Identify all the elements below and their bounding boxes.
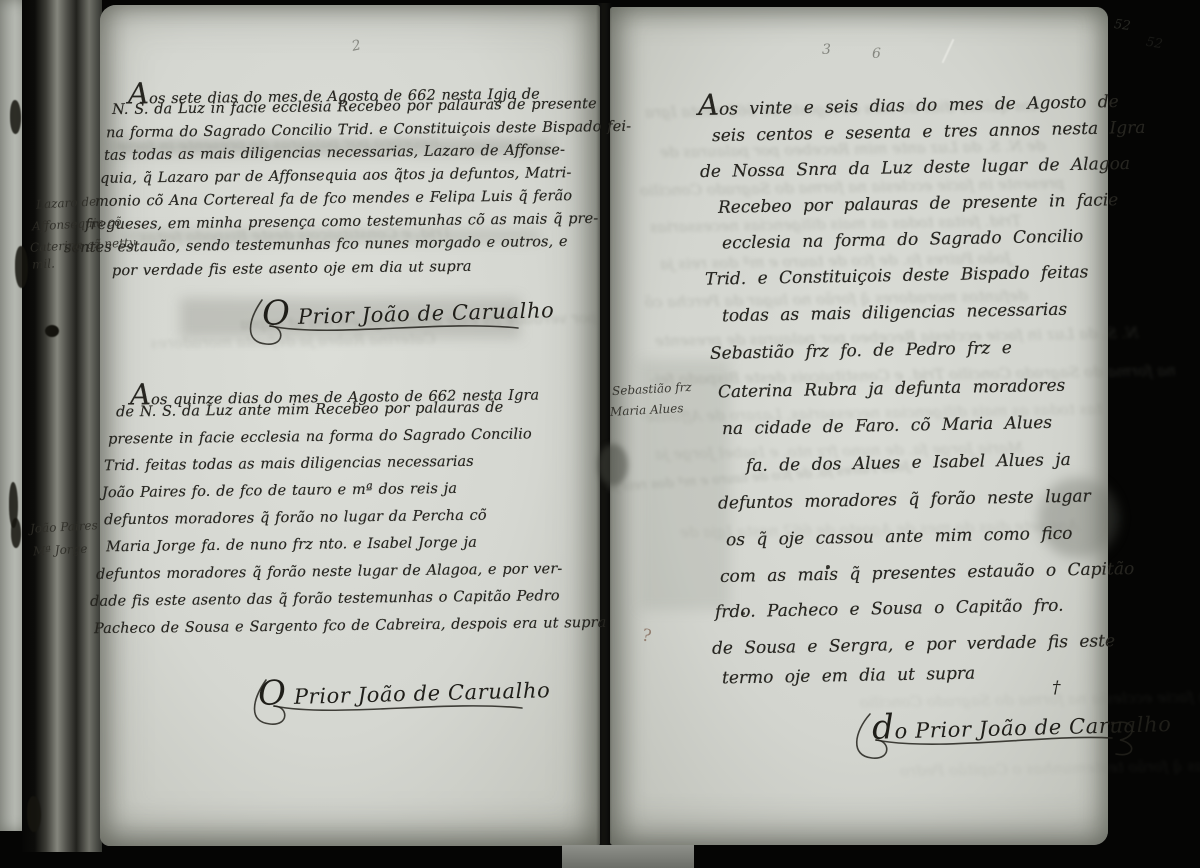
spine-ink-blotch [15, 246, 28, 288]
scanner-bed-tab [562, 845, 694, 868]
folio-number: 52 [1113, 17, 1131, 34]
manuscript-photo: 52 52 2 3 6 Recebeo por palauras de pres… [0, 0, 1200, 868]
spine-ink-blotch [27, 796, 41, 832]
margin-note-line: mil. [32, 256, 56, 271]
signature-flourish [246, 666, 546, 736]
book-spine-edge [22, 0, 102, 852]
ink-dot [45, 325, 59, 337]
signature-flourish [846, 698, 1146, 770]
folio-number-ghost: 52 [1145, 35, 1164, 53]
signature-flourish [240, 286, 540, 356]
signature-cross-icon: † [1052, 678, 1061, 698]
spine-ink-blotch [10, 100, 21, 134]
pen-mark: 6 [872, 46, 881, 62]
pen-mark: 3 [822, 42, 831, 58]
margin-note-line: Mª Jorge [33, 542, 88, 559]
spine-ink-blotch [11, 518, 21, 548]
